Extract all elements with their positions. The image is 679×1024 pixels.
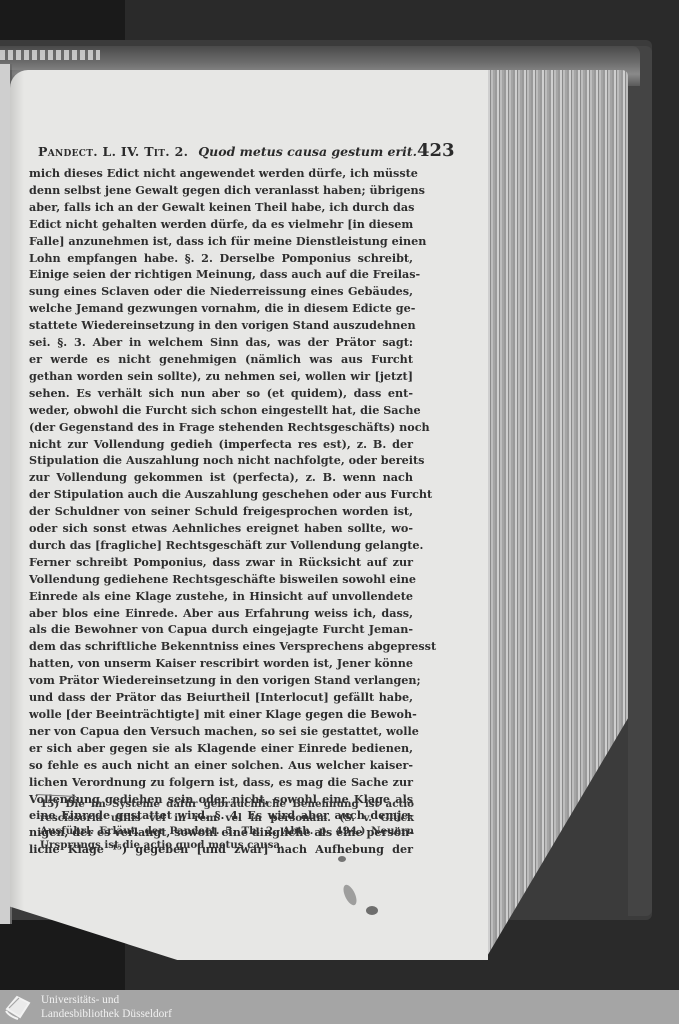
running-head-title: Quod metus causa gestum erit.	[198, 144, 417, 159]
text-line: Ferner schreibt Pomponius, dass zwar in …	[29, 554, 413, 571]
book-icon	[3, 992, 33, 1022]
text-line: sung eines Sclaven oder die Niederreissu…	[29, 283, 413, 300]
text-line: vom Prätor Wiedereinsetzung in den vorig…	[29, 672, 413, 689]
text-line: wolle [der Beeinträchtigte] mit einer Kl…	[29, 706, 413, 723]
text-line: Lohn empfangen habe. §. 2. Derselbe Pomp…	[29, 250, 413, 267]
institution-name: Universitäts- und Landesbibliothek Düsse…	[41, 993, 172, 1021]
text-line: so fehle es auch nicht an einer solchen.…	[29, 757, 413, 774]
text-line: aber, falls ich an der Gewalt keinen The…	[29, 199, 413, 216]
page-number: 423	[417, 140, 455, 161]
running-head: Pandect. L. IV. Tit. 2. Quod metus causa…	[38, 140, 414, 161]
running-head-section: Pandect. L. IV. Tit. 2.	[38, 144, 188, 159]
text-line: Falle] anzunehmen ist, dass ich für mein…	[29, 233, 413, 250]
text-line: ner von Capua den Versuch machen, so sei…	[29, 723, 413, 740]
text-line: aber blos eine Einrede. Aber aus Erfahru…	[29, 605, 413, 622]
library-footer: Universitäts- und Landesbibliothek Düsse…	[0, 990, 679, 1024]
book-scan-image: Pandect. L. IV. Tit. 2. Quod metus causa…	[0, 0, 679, 990]
ink-smudge	[338, 856, 346, 862]
text-line: er werde es nicht genehmigen (nämlich wa…	[29, 351, 413, 368]
text-line: Edict nicht gehalten werden dürfe, da es…	[29, 216, 413, 233]
text-line: gethan worden sein sollte), zu nehmen se…	[29, 368, 413, 385]
text-line: Stipulation die Auszahlung noch nicht na…	[29, 452, 413, 469]
text-line: weder, obwohl die Furcht sich schon eing…	[29, 402, 413, 419]
text-line: sehen. Es verhält sich nun aber so (et q…	[29, 385, 413, 402]
institution-line-1: Universitäts- und	[41, 993, 172, 1007]
text-line: Vollendung gediehene Rechtsgeschäfte bis…	[29, 571, 413, 588]
text-line: stattete Wiedereinsetzung in den vorigen…	[29, 317, 413, 334]
text-line: zur Vollendung gekommen ist (perfecta), …	[29, 469, 413, 486]
text-line: lichen Verordnung zu folgern ist, dass, …	[29, 774, 413, 791]
text-line: mich dieses Edict nicht angewendet werde…	[29, 165, 413, 182]
footnote: 15) Die im Systeme dafür gebräuchliche B…	[40, 798, 414, 852]
text-line: nicht zur Vollendung gedieh (imperfecta …	[29, 436, 413, 453]
book-cover-edge	[628, 46, 652, 916]
text-line: (der Gegenstand des in Frage stehenden R…	[29, 419, 413, 436]
institution-line-2: Landesbibliothek Düsseldorf	[41, 1007, 172, 1021]
text-line: er sich aber gegen sie als Klagende eine…	[29, 740, 413, 757]
footnote-line: 15) Die im Systeme dafür gebräuchliche B…	[40, 798, 414, 812]
text-line: hatten, von unserm Kaiser rescribirt wor…	[29, 655, 413, 672]
text-line: Einrede als eine Klage zustehe, in Hinsi…	[29, 588, 413, 605]
text-line: oder sich sonst etwas Aehnliches ereigne…	[29, 520, 413, 537]
text-line: dem das schriftliche Bekenntniss eines V…	[29, 638, 413, 655]
text-line: der Stipulation auch die Auszahlung gesc…	[29, 486, 413, 503]
text-line: Einige seien der richtigen Meinung, dass…	[29, 266, 413, 283]
text-line: und dass der Prätor das Beiurtheil [Inte…	[29, 689, 413, 706]
text-line: durch das [fragliche] Rechtsgeschäft zur…	[29, 537, 413, 554]
text-line: denn selbst jene Gewalt gegen dich veran…	[29, 182, 413, 199]
footnote-line: Ursprungs ist die actio quod metus causa…	[40, 839, 414, 853]
text-line: welche Jemand gezwungen vornahm, die in …	[29, 300, 413, 317]
footnote-line: Ausführl. Erläut. der Pandect. 5. Th. 2.…	[40, 825, 414, 839]
footnote-line: rescissoria utilis vel in rem vel in per…	[40, 812, 414, 826]
body-text: mich dieses Edict nicht angewendet werde…	[29, 165, 413, 858]
text-line: sei. §. 3. Aber in welchem Sinn das, was…	[29, 334, 413, 351]
text-line: als die Bewohner von Capua durch eingeja…	[29, 621, 413, 638]
ink-smudge	[366, 906, 378, 915]
headband	[0, 50, 100, 60]
text-line: der Schuldner von seiner Schuld freigesp…	[29, 503, 413, 520]
